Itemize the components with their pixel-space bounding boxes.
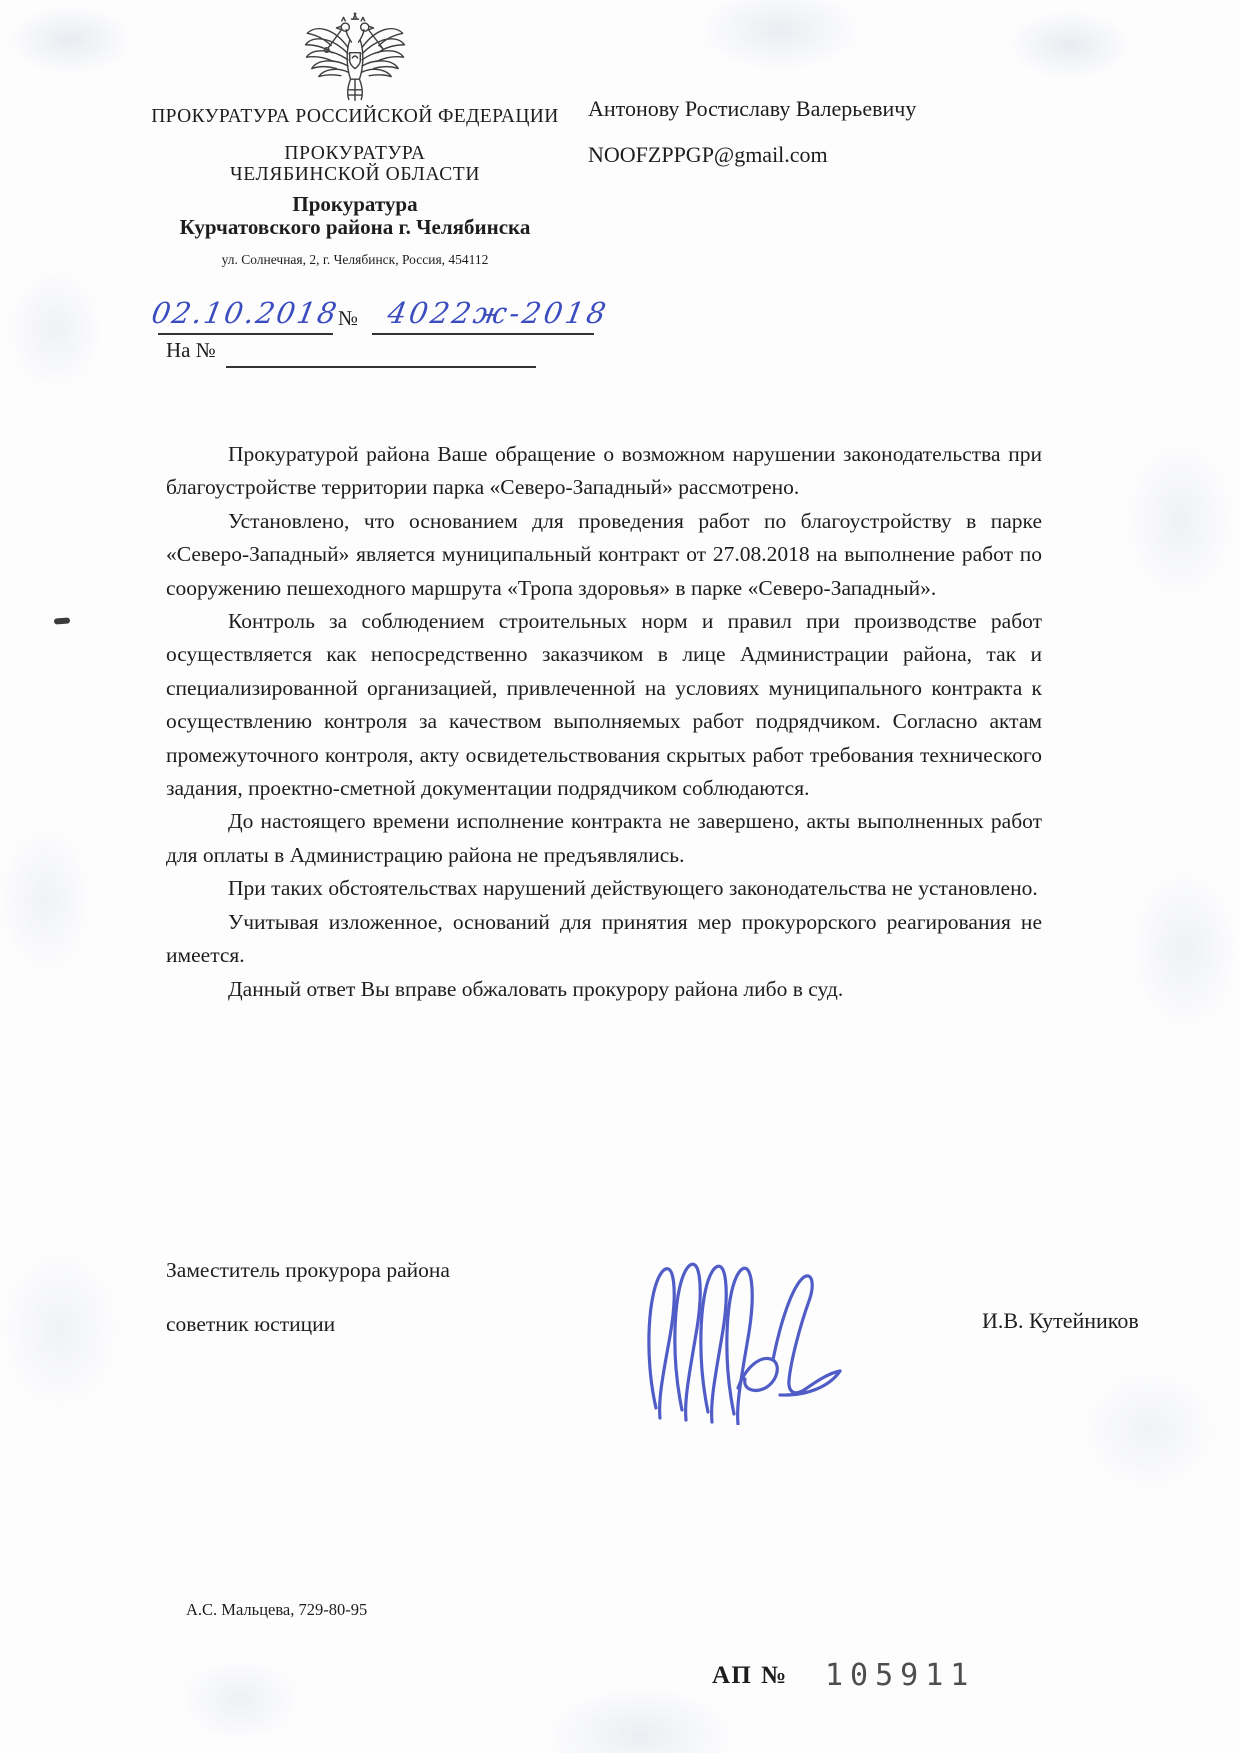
number-underline — [372, 333, 594, 335]
scan-mark — [54, 617, 70, 624]
signer-name: И.В. Кутейников — [982, 1308, 1139, 1334]
signer-position-line1: Заместитель прокурора района — [166, 1258, 450, 1283]
paragraph: Данный ответ Вы вправе обжаловать прокур… — [166, 973, 1042, 1006]
reply-to-label: На № — [166, 338, 216, 363]
letterhead-local-line1: Прокуратура — [120, 192, 590, 217]
signer-position-line2: советник юстиции — [166, 1312, 335, 1337]
paragraph: Прокуратурой района Ваше обращение о воз… — [166, 438, 1042, 505]
scanned-letter-page: ПРОКУРАТУРА РОССИЙСКОЙ ФЕДЕРАЦИИ ПРОКУРА… — [0, 0, 1240, 1753]
recipient-name: Антонову Ростиславу Валерьевичу — [588, 96, 916, 122]
letterhead-address: ул. Солнечная, 2, г. Челябинск, Россия, … — [120, 252, 590, 268]
paragraph: Контроль за соблюдением строительных нор… — [166, 605, 1042, 805]
number-sign: № — [338, 306, 358, 331]
letterhead-local-line2: Курчатовского района г. Челябинска — [120, 215, 590, 240]
stamp-label: АП № — [712, 1662, 788, 1690]
paragraph: Учитывая изложенное, оснований для приня… — [166, 906, 1042, 973]
paragraph: До настоящего времени исполнение контрак… — [166, 805, 1042, 872]
outgoing-number-handwritten: 4022ж-2018 — [385, 296, 611, 330]
reply-to-underline — [226, 366, 536, 368]
recipient-email: NOOFZPPGP@gmail.com — [588, 142, 828, 168]
executor-contact: А.С. Мальцева, 729-80-95 — [186, 1600, 367, 1620]
russian-coat-of-arms-icon — [302, 12, 408, 109]
letter-body: Прокуратурой района Ваше обращение о воз… — [166, 438, 1042, 1006]
letterhead-federal: ПРОКУРАТУРА РОССИЙСКОЙ ФЕДЕРАЦИИ — [120, 106, 590, 128]
paragraph: Установлено, что основанием для проведен… — [166, 505, 1042, 605]
letterhead-region-line2: ЧЕЛЯБИНСКОЙ ОБЛАСТИ — [120, 164, 590, 186]
date-underline — [158, 333, 333, 335]
letterhead-region-line1: ПРОКУРАТУРА — [120, 143, 590, 165]
stamp-number: 105911 — [825, 1658, 975, 1693]
signature-handwritten-icon — [630, 1240, 880, 1430]
outgoing-date-handwritten: 02.10.2018 — [149, 296, 341, 330]
paragraph: При таких обстоятельствах нарушений дейс… — [166, 872, 1042, 905]
